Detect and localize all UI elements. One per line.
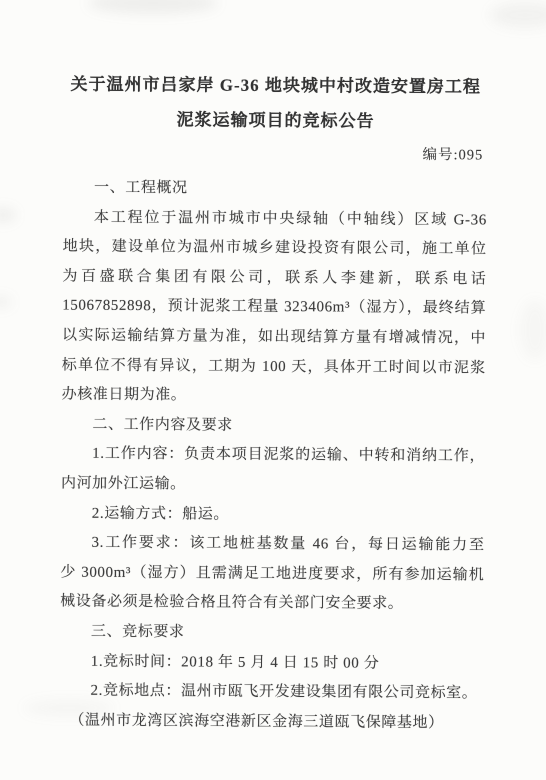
body-line: 地块，建设单位为温州市城乡建设投资有限公司，施工单位 <box>63 233 487 266</box>
document-content: 关于温州市吕家岸 G-36 地块城中村改造安置房工程 泥浆运输项目的竞标公告 编… <box>59 53 488 739</box>
scan-smudge <box>520 300 546 360</box>
body-line: 2.竞标地点：温州市瓯飞开发建设集团有限公司竞标室。 <box>59 677 483 710</box>
body-line: 少 3000m³（湿方）且需满足工地进度要求，所有参加运输机 <box>60 558 484 591</box>
body-line: 1.竞标时间：2018 年 5 月 4 日 15 时 00 分 <box>60 647 484 680</box>
title-line-2: 泥浆运输项目的竞标公告 <box>63 102 487 140</box>
title-line-1: 关于温州市吕家岸 G-36 地块城中村改造安置房工程 <box>64 67 488 105</box>
scan-smudge <box>0 296 12 308</box>
body-line: 为百盛联合集团有限公司，联系人李建新，联系电话 <box>62 262 486 295</box>
scan-smudge <box>88 0 218 14</box>
doc-number: 编号:095 <box>63 141 487 165</box>
body-line: 15067852898，预计泥浆工程量 323406m³（湿方），最终结算 <box>62 292 486 325</box>
body-line: 1.工作内容：负责本项目泥浆的运输、中转和消纳工作， <box>61 440 485 473</box>
body-line: 本工程位于温州市城市中央绿轴（中轴线）区域 G-36 <box>63 203 487 236</box>
body-line: 三、竞标要求 <box>60 617 484 650</box>
body-line: 标单位不得有异议，工期为 100 天，具体开工时间以市泥浆 <box>62 351 486 384</box>
body-line: （温州市龙湾区滨海空港新区金海三道瓯飞保障基地） <box>59 706 483 739</box>
scan-smudge <box>490 2 546 28</box>
body-line: 一、工程概况 <box>63 174 487 207</box>
scan-smudge <box>0 208 16 222</box>
body-line: 二、工作内容及要求 <box>61 410 485 443</box>
body-line: 2.运输方式：船运。 <box>61 499 485 532</box>
document-body: 一、工程概况本工程位于温州市城市中央绿轴（中轴线）区域 G-36地块，建设单位为… <box>59 174 487 739</box>
document-title: 关于温州市吕家岸 G-36 地块城中村改造安置房工程 泥浆运输项目的竞标公告 <box>63 67 487 140</box>
body-line: 以实际运输结算方量为准，如出现结算方量有增减情况，中 <box>62 321 486 354</box>
body-line: 3.工作要求：该工地桩基数量 46 台，每日运输能力至 <box>60 529 484 562</box>
scanned-document-page: 关于温州市吕家岸 G-36 地块城中村改造安置房工程 泥浆运输项目的竞标公告 编… <box>0 0 546 780</box>
body-line: 械设备必须是检验合格且符合有关部门安全要求。 <box>60 588 484 621</box>
body-line: 办核准日期为准。 <box>62 381 486 414</box>
body-line: 内河加外江运输。 <box>61 469 485 502</box>
